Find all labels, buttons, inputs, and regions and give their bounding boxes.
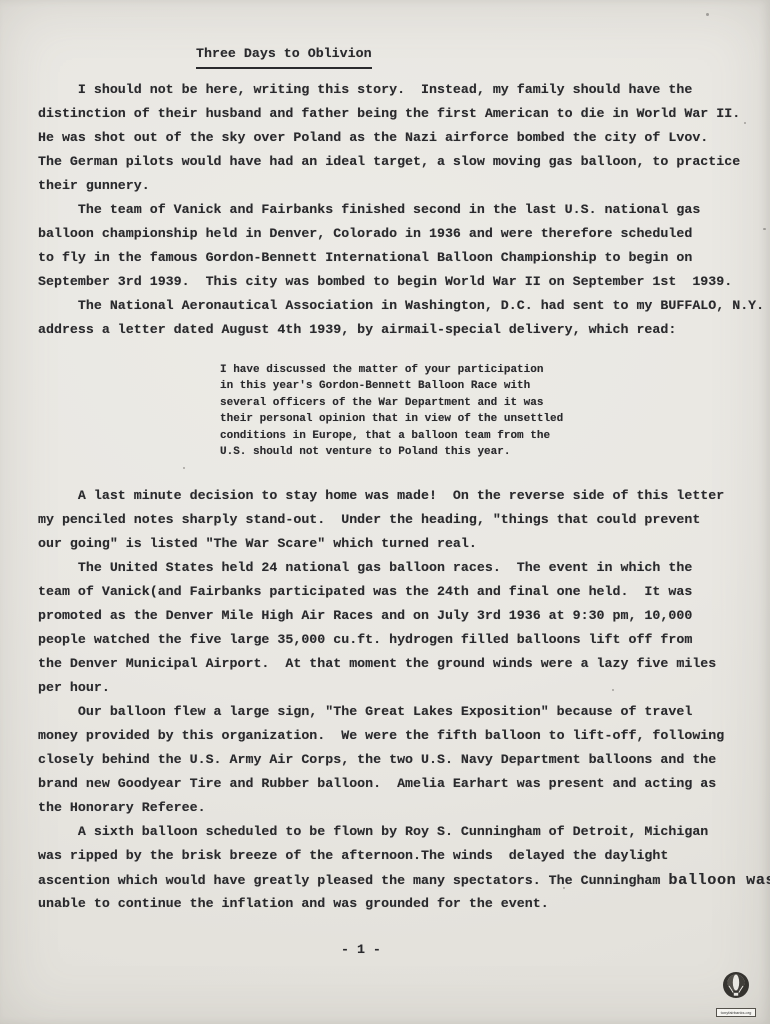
letter-blockquote: I have discussed the matter of your part…	[220, 362, 770, 460]
site-logo: tonyfairbanks.org	[716, 971, 756, 1017]
paragraph-2: The team of Vanick and Fairbanks finishe…	[38, 198, 770, 294]
typed-text-body: Three Days to Oblivion I should not be h…	[38, 42, 770, 916]
scan-speck	[612, 689, 614, 691]
title-row: Three Days to Oblivion	[196, 42, 770, 66]
paragraph-5: The United States held 24 national gas b…	[38, 556, 770, 700]
scan-speck	[744, 122, 746, 124]
paragraph-7-mixed-line: ascention which would have greatly pleas…	[38, 868, 770, 892]
page-title: Three Days to Oblivion	[196, 42, 372, 69]
paragraph-7-line3-text: ascention which would have greatly pleas…	[38, 873, 668, 888]
paragraph-7-start: A sixth balloon scheduled to be flown by…	[38, 820, 770, 868]
paragraph-7-inserted-large-text: balloon was	[668, 871, 770, 889]
paragraph-7-end: unable to continue the inflation and was…	[38, 892, 770, 916]
scan-speck	[563, 887, 565, 889]
paragraph-4: A last minute decision to stay home was …	[38, 484, 770, 556]
page-number: - 1 -	[341, 938, 381, 962]
paragraph-1: I should not be here, writing this story…	[38, 78, 770, 198]
logo-caption: tonyfairbanks.org	[716, 1008, 756, 1017]
paragraph-6: Our balloon flew a large sign, "The Grea…	[38, 700, 770, 820]
scanned-document-page: Three Days to Oblivion I should not be h…	[0, 0, 770, 1024]
scan-speck	[706, 13, 709, 16]
gas-balloon-icon	[720, 992, 752, 1010]
paragraph-3: The National Aeronautical Association in…	[38, 294, 770, 342]
scan-speck	[763, 228, 766, 230]
scan-speck	[183, 467, 185, 469]
